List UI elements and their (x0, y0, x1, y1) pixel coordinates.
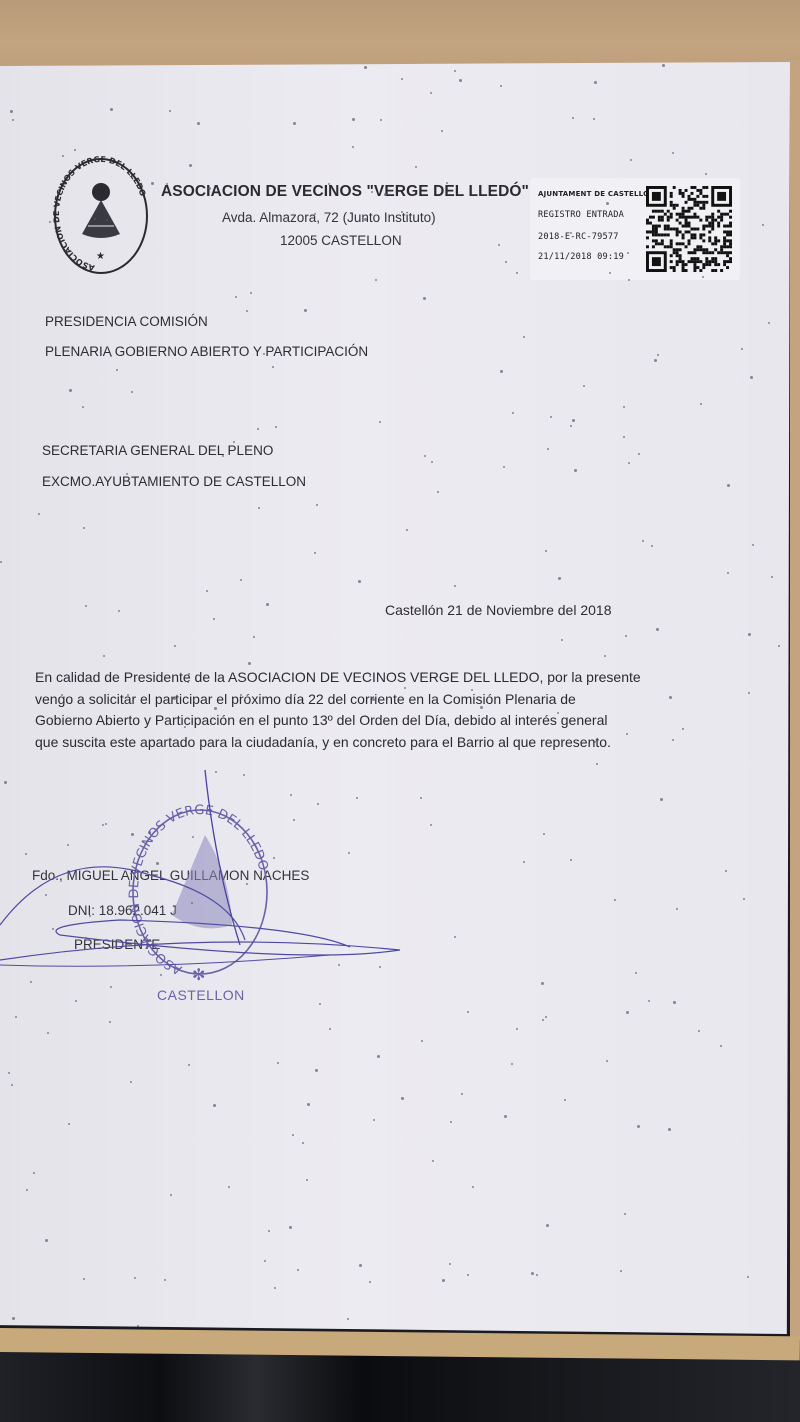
speck (609, 272, 611, 274)
speck (45, 1239, 48, 1242)
speck (25, 853, 27, 855)
speck (747, 1276, 749, 1278)
speck (68, 1123, 70, 1125)
speck (542, 1019, 544, 1021)
organization-name: ASOCIACION DE VECINOS "VERGE DEL LLEDÓ" (161, 183, 529, 201)
speck (432, 1160, 434, 1162)
speck (329, 1028, 331, 1030)
speck (375, 279, 377, 281)
speck (682, 728, 684, 730)
speck (110, 108, 113, 111)
speck (148, 831, 151, 834)
body-line: vengo a solicitar el participar el próxi… (35, 689, 655, 711)
speck (550, 416, 552, 418)
speck (277, 1062, 279, 1064)
speck (110, 986, 112, 988)
speck (8, 1072, 10, 1074)
speck (83, 1278, 85, 1280)
speck (250, 292, 252, 294)
speck (423, 297, 426, 300)
speck (364, 218, 367, 221)
speck (62, 155, 64, 157)
speck (264, 1260, 266, 1262)
speck (748, 692, 750, 694)
speck (33, 1172, 35, 1174)
speck (725, 870, 727, 872)
speck (69, 389, 72, 392)
speck (461, 1093, 463, 1095)
speck (593, 118, 595, 120)
speck (541, 982, 544, 985)
speck (406, 529, 408, 531)
speck (748, 633, 751, 636)
speck (630, 159, 632, 161)
speck (74, 149, 76, 151)
speck (302, 1142, 304, 1144)
speck (660, 798, 663, 801)
speck (454, 585, 456, 587)
speck (151, 182, 154, 185)
speck (206, 590, 208, 592)
speck (558, 577, 561, 580)
speck (364, 66, 367, 69)
speck (82, 406, 84, 408)
speck (170, 1194, 172, 1196)
speck (188, 1064, 190, 1066)
speck (778, 645, 780, 647)
speck (356, 797, 358, 799)
speck (673, 1001, 676, 1004)
speck (415, 166, 417, 168)
speck (523, 861, 525, 863)
speck (454, 936, 456, 938)
speck (628, 462, 630, 464)
speck (373, 1119, 375, 1121)
speck (572, 117, 574, 119)
speck (379, 421, 381, 423)
speck (752, 544, 754, 546)
speck (75, 1000, 77, 1002)
recipient-line-2: PLENARIA GOBIERNO ABIERTO Y PARTICIPACIÓ… (45, 344, 368, 359)
speck (635, 972, 637, 974)
speck (61, 694, 63, 696)
speck (626, 1011, 629, 1014)
speck (134, 1277, 136, 1279)
speck (656, 628, 659, 631)
speck (623, 436, 625, 438)
speck (289, 1226, 292, 1229)
speck (583, 385, 585, 387)
speck (662, 64, 665, 67)
registry-datetime: 21/11/2018 09:19 (538, 252, 624, 262)
speck (347, 1318, 349, 1320)
speck (720, 1045, 722, 1047)
speck (127, 694, 129, 696)
speck (246, 310, 248, 312)
speck (164, 1279, 166, 1281)
speck (504, 1115, 507, 1118)
registry-entry-stamp: AJUNTAMENT DE CASTELLO REGISTRO ENTRADA … (530, 178, 740, 280)
speck (228, 1186, 230, 1188)
registry-number: 2018-E-RC-79577 (538, 232, 619, 242)
speck (705, 173, 707, 175)
speck (240, 579, 242, 581)
speck (377, 1055, 380, 1058)
registry-issuer: AJUNTAMENT DE CASTELLO (538, 190, 649, 198)
body-line: que suscita este apartado para la ciudad… (35, 732, 655, 754)
speck (467, 1011, 469, 1013)
speck (505, 261, 507, 263)
speck (274, 1287, 276, 1289)
seal-city: CASTELLON (157, 987, 245, 1003)
speck (657, 354, 659, 356)
speck (306, 1179, 308, 1181)
signature-and-seal: ASOCIACION DE VECINOS VERGE DEL LLEDO ✻ (0, 765, 420, 1015)
speck (570, 859, 572, 861)
speck (471, 689, 473, 691)
speck (628, 279, 630, 281)
speck (698, 1030, 700, 1032)
speck (117, 316, 119, 318)
speck (12, 119, 14, 121)
speck (449, 1263, 451, 1265)
speck (243, 774, 245, 776)
speck (446, 182, 448, 184)
speck (130, 1081, 132, 1083)
speck (253, 636, 255, 638)
speck (503, 466, 505, 468)
speck (272, 366, 274, 368)
speck (625, 635, 627, 637)
body-line: En calidad de Presidente de la ASOCIACIO… (35, 667, 655, 689)
speck (472, 1186, 474, 1188)
recipient-line-1: PRESIDENCIA COMISIÓN (45, 314, 208, 329)
speck (213, 1104, 216, 1107)
speck (431, 461, 433, 463)
speck (248, 662, 251, 665)
speck (401, 78, 403, 80)
speck (441, 130, 443, 132)
date-place: Castellón 21 de Noviembre del 2018 (385, 602, 611, 618)
speck (369, 1281, 371, 1283)
association-logo-icon: ASOCIACION DE VECINOS VERGE DEL LLEDO ★ (52, 156, 150, 276)
speck (292, 1134, 294, 1136)
speck (307, 1103, 310, 1106)
speck (531, 1272, 534, 1275)
speck (293, 122, 296, 125)
speck (594, 81, 597, 84)
speck (430, 824, 432, 826)
speck (498, 244, 500, 246)
speck (421, 1040, 423, 1042)
speck (0, 561, 2, 563)
speck (516, 1028, 518, 1030)
speck (654, 359, 657, 362)
speck (118, 610, 120, 612)
speck (359, 1264, 362, 1267)
speck (648, 1000, 650, 1002)
speck (620, 1270, 622, 1272)
speck (126, 473, 128, 475)
speck (222, 455, 224, 457)
speck (266, 603, 269, 606)
speck (543, 833, 545, 835)
speck (672, 152, 674, 154)
speck (572, 419, 575, 422)
speck (187, 681, 189, 683)
speck (651, 545, 653, 547)
speck (11, 1084, 13, 1086)
speck (49, 221, 51, 223)
speck (459, 79, 462, 82)
speck (184, 726, 186, 728)
speck (317, 803, 319, 805)
speck (557, 712, 559, 714)
speck (623, 406, 625, 408)
speck (191, 902, 193, 904)
speck (47, 1032, 49, 1034)
speck (369, 675, 371, 677)
speck (762, 224, 764, 226)
table-edge (790, 60, 800, 1340)
speck (437, 491, 439, 493)
speck (606, 202, 609, 205)
svg-text:★: ★ (96, 251, 105, 262)
speck (275, 426, 277, 428)
speck (235, 296, 237, 298)
speck (545, 1016, 547, 1018)
speck (523, 336, 525, 338)
speck (38, 513, 40, 515)
speck (768, 322, 770, 324)
organization-city: 12005 CASTELLON (280, 233, 402, 248)
speck (268, 1230, 270, 1232)
speck (668, 1128, 671, 1131)
speck (188, 673, 190, 675)
speck (624, 1213, 626, 1215)
speck (637, 1125, 640, 1128)
speck (676, 908, 678, 910)
registry-type: REGISTRO ENTRADA (538, 210, 624, 220)
letter-body: En calidad de Presidente de la ASOCIACIO… (35, 667, 655, 753)
speck (328, 183, 330, 185)
speck (352, 118, 355, 121)
speck (213, 618, 215, 620)
speck (727, 484, 730, 487)
speck (233, 441, 235, 443)
speck (379, 966, 381, 968)
speck (304, 309, 307, 312)
speck (570, 425, 572, 427)
speck (374, 243, 376, 245)
speck (672, 739, 674, 741)
speck (26, 1189, 28, 1191)
speck (604, 655, 606, 657)
speck (500, 370, 503, 373)
speck (642, 540, 644, 542)
speck (430, 92, 432, 94)
speck (561, 639, 563, 641)
speck (516, 272, 518, 274)
speck (319, 1003, 321, 1005)
speck (547, 448, 549, 450)
speck (316, 504, 318, 506)
speck (700, 403, 702, 405)
speck (197, 122, 200, 125)
speck (750, 376, 753, 379)
speck (442, 1279, 445, 1282)
speck (536, 1274, 538, 1276)
speck (512, 412, 514, 414)
speck (450, 1121, 452, 1123)
organization-address: Avda. Almazora, 72 (Junto Instituto) (222, 210, 436, 225)
qr-code-icon (646, 186, 732, 272)
speck (314, 552, 316, 554)
speck (771, 576, 773, 578)
recipient-line-3: SECRETARIA GENERAL DEL PLENO (42, 443, 273, 458)
speck (741, 348, 743, 350)
table-surface (0, 0, 800, 70)
speck (743, 898, 745, 900)
speck (169, 110, 171, 112)
speck (258, 507, 260, 509)
speck (173, 697, 176, 700)
speck (85, 605, 87, 607)
recipient-line-4: EXCMO.AYUBTAMIENTO DE CASTELLON (42, 474, 306, 489)
speck (404, 687, 406, 689)
speck (546, 1224, 549, 1227)
speck (131, 391, 133, 393)
speck (137, 1325, 139, 1327)
speck (574, 469, 577, 472)
speck (15, 1016, 17, 1018)
speck (109, 1021, 111, 1023)
speck (358, 580, 361, 583)
speck (594, 741, 596, 743)
speck (83, 527, 85, 529)
speck (500, 85, 502, 87)
speck (189, 164, 192, 167)
document-page: ASOCIACION DE VECINOS VERGE DEL LLEDO ★ … (0, 62, 790, 1334)
speck (614, 899, 616, 901)
speck (174, 645, 176, 647)
speck (401, 211, 403, 213)
speck (454, 70, 456, 72)
svg-text:✻: ✻ (192, 967, 205, 984)
speck (352, 146, 354, 148)
speck (727, 572, 729, 574)
speck (606, 1060, 608, 1062)
speck (315, 1069, 318, 1072)
speck (638, 453, 640, 455)
speck (467, 1274, 469, 1276)
speck (596, 763, 598, 765)
speck (10, 110, 13, 113)
speck (545, 550, 547, 552)
speck (511, 1063, 513, 1065)
speck (424, 455, 426, 457)
speck (246, 883, 248, 885)
speck (564, 1099, 566, 1101)
speck (401, 1097, 404, 1100)
speck (420, 797, 422, 799)
speck (116, 369, 118, 371)
speck (380, 119, 382, 121)
speck (215, 771, 217, 773)
body-line: Gobierno Abierto y Participación en el p… (35, 710, 655, 732)
speck (669, 696, 672, 699)
speck (297, 1269, 299, 1271)
speck (12, 1317, 15, 1320)
speck (257, 428, 259, 430)
speck (103, 655, 105, 657)
